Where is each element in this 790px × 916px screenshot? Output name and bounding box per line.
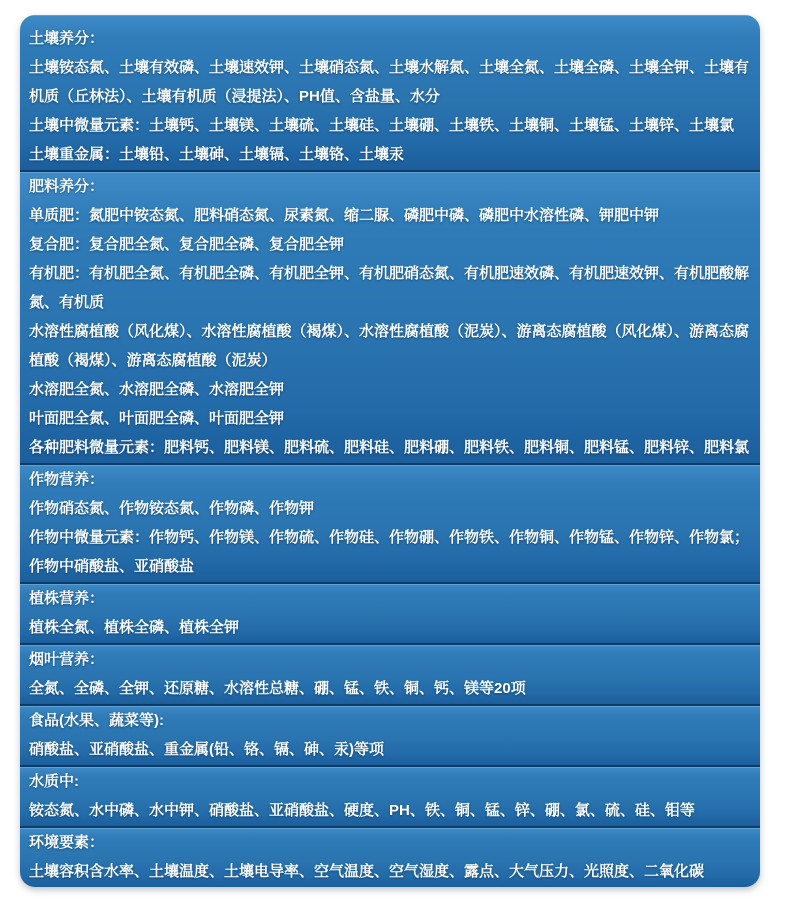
section-water-quality: 水质中: 铵态氮、水中磷、水中钾、硝酸盐、亚硝酸盐、硬度、PH、铁、铜、锰、锌、… xyxy=(20,765,760,826)
section-fertilizer-nutrients: 肥料养分： 单质肥：氮肥中铵态氮、肥料硝态氮、尿素氮、缩二脲、磷肥中磷、磷肥中水… xyxy=(20,170,760,463)
section-heading: 烟叶营养： xyxy=(29,645,754,674)
section-line: 各种肥料微量元素：肥料钙、肥料镁、肥料硫、肥料硅、肥料硼、肥料铁、肥料铜、肥料锰… xyxy=(29,433,754,462)
section-line: 单质肥：氮肥中铵态氮、肥料硝态氮、尿素氮、缩二脲、磷肥中磷、磷肥中水溶性磷、钾肥… xyxy=(29,201,754,230)
section-heading: 肥料养分： xyxy=(29,172,754,201)
section-heading: 土壤养分： xyxy=(29,24,754,53)
section-food: 食品(水果、蔬菜等): 硝酸盐、亚硝酸盐、重金属(铅、铬、镉、砷、汞)等项 xyxy=(20,704,760,765)
section-line: 有机肥：有机肥全氮、有机肥全磷、有机肥全钾、有机肥硝态氮、有机肥速效磷、有机肥速… xyxy=(29,259,754,317)
section-crop-nutrition: 作物营养： 作物硝态氮、作物铵态氮、作物磷、作物钾 作物中微量元素：作物钙、作物… xyxy=(20,463,760,582)
section-line: 土壤中微量元素：土壤钙、土壤镁、土壤硫、土壤硅、土壤硼、土壤铁、土壤铜、土壤锰、… xyxy=(29,111,754,140)
test-items-panel: 土壤养分： 土壤铵态氮、土壤有效磷、土壤速效钾、土壤硝态氮、土壤水解氮、土壤全氮… xyxy=(20,15,760,887)
section-line: 叶面肥全氮、叶面肥全磷、叶面肥全钾 xyxy=(29,404,754,433)
section-line: 复合肥：复合肥全氮、复合肥全磷、复合肥全钾 xyxy=(29,230,754,259)
section-line: 水溶性腐植酸（风化煤）、水溶性腐植酸（褐煤）、水溶性腐植酸（泥炭）、游离态腐植酸… xyxy=(29,317,754,375)
section-line: 水溶肥全氮、水溶肥全磷、水溶肥全钾 xyxy=(29,375,754,404)
page-canvas: 土壤养分： 土壤铵态氮、土壤有效磷、土壤速效钾、土壤硝态氮、土壤水解氮、土壤全氮… xyxy=(0,0,790,916)
section-heading: 作物营养： xyxy=(29,465,754,494)
section-environment-factors: 环境要素： 土壤容积含水率、土壤温度、土壤电导率、空气温度、空气湿度、露点、大气… xyxy=(20,826,760,887)
section-line: 硝酸盐、亚硝酸盐、重金属(铅、铬、镉、砷、汞)等项 xyxy=(29,735,754,764)
section-plant-nutrition: 植株营养： 植株全氮、植株全磷、植株全钾 xyxy=(20,582,760,643)
section-line: 作物硝态氮、作物铵态氮、作物磷、作物钾 xyxy=(29,494,754,523)
section-line: 作物中微量元素：作物钙、作物镁、作物硫、作物硅、作物硼、作物铁、作物铜、作物锰、… xyxy=(29,523,754,581)
section-heading: 水质中: xyxy=(29,767,754,796)
section-line: 植株全氮、植株全磷、植株全钾 xyxy=(29,613,754,642)
section-heading: 食品(水果、蔬菜等): xyxy=(29,706,754,735)
section-tobacco-leaf-nutrition: 烟叶营养： 全氮、全磷、全钾、还原糖、水溶性总糖、硼、锰、铁、铜、钙、镁等20项 xyxy=(20,643,760,704)
section-line: 土壤容积含水率、土壤温度、土壤电导率、空气温度、空气湿度、露点、大气压力、光照度… xyxy=(29,857,754,886)
section-heading: 植株营养： xyxy=(29,584,754,613)
section-heading: 环境要素： xyxy=(29,828,754,857)
section-line: 铵态氮、水中磷、水中钾、硝酸盐、亚硝酸盐、硬度、PH、铁、铜、锰、锌、硼、氯、硫… xyxy=(29,796,754,825)
section-line: 土壤重金属：土壤铅、土壤砷、土壤镉、土壤铬、土壤汞 xyxy=(29,140,754,169)
section-line: 全氮、全磷、全钾、还原糖、水溶性总糖、硼、锰、铁、铜、钙、镁等20项 xyxy=(29,674,754,703)
section-line: 土壤铵态氮、土壤有效磷、土壤速效钾、土壤硝态氮、土壤水解氮、土壤全氮、土壤全磷、… xyxy=(29,53,754,111)
section-soil-nutrients: 土壤养分： 土壤铵态氮、土壤有效磷、土壤速效钾、土壤硝态氮、土壤水解氮、土壤全氮… xyxy=(20,15,760,170)
